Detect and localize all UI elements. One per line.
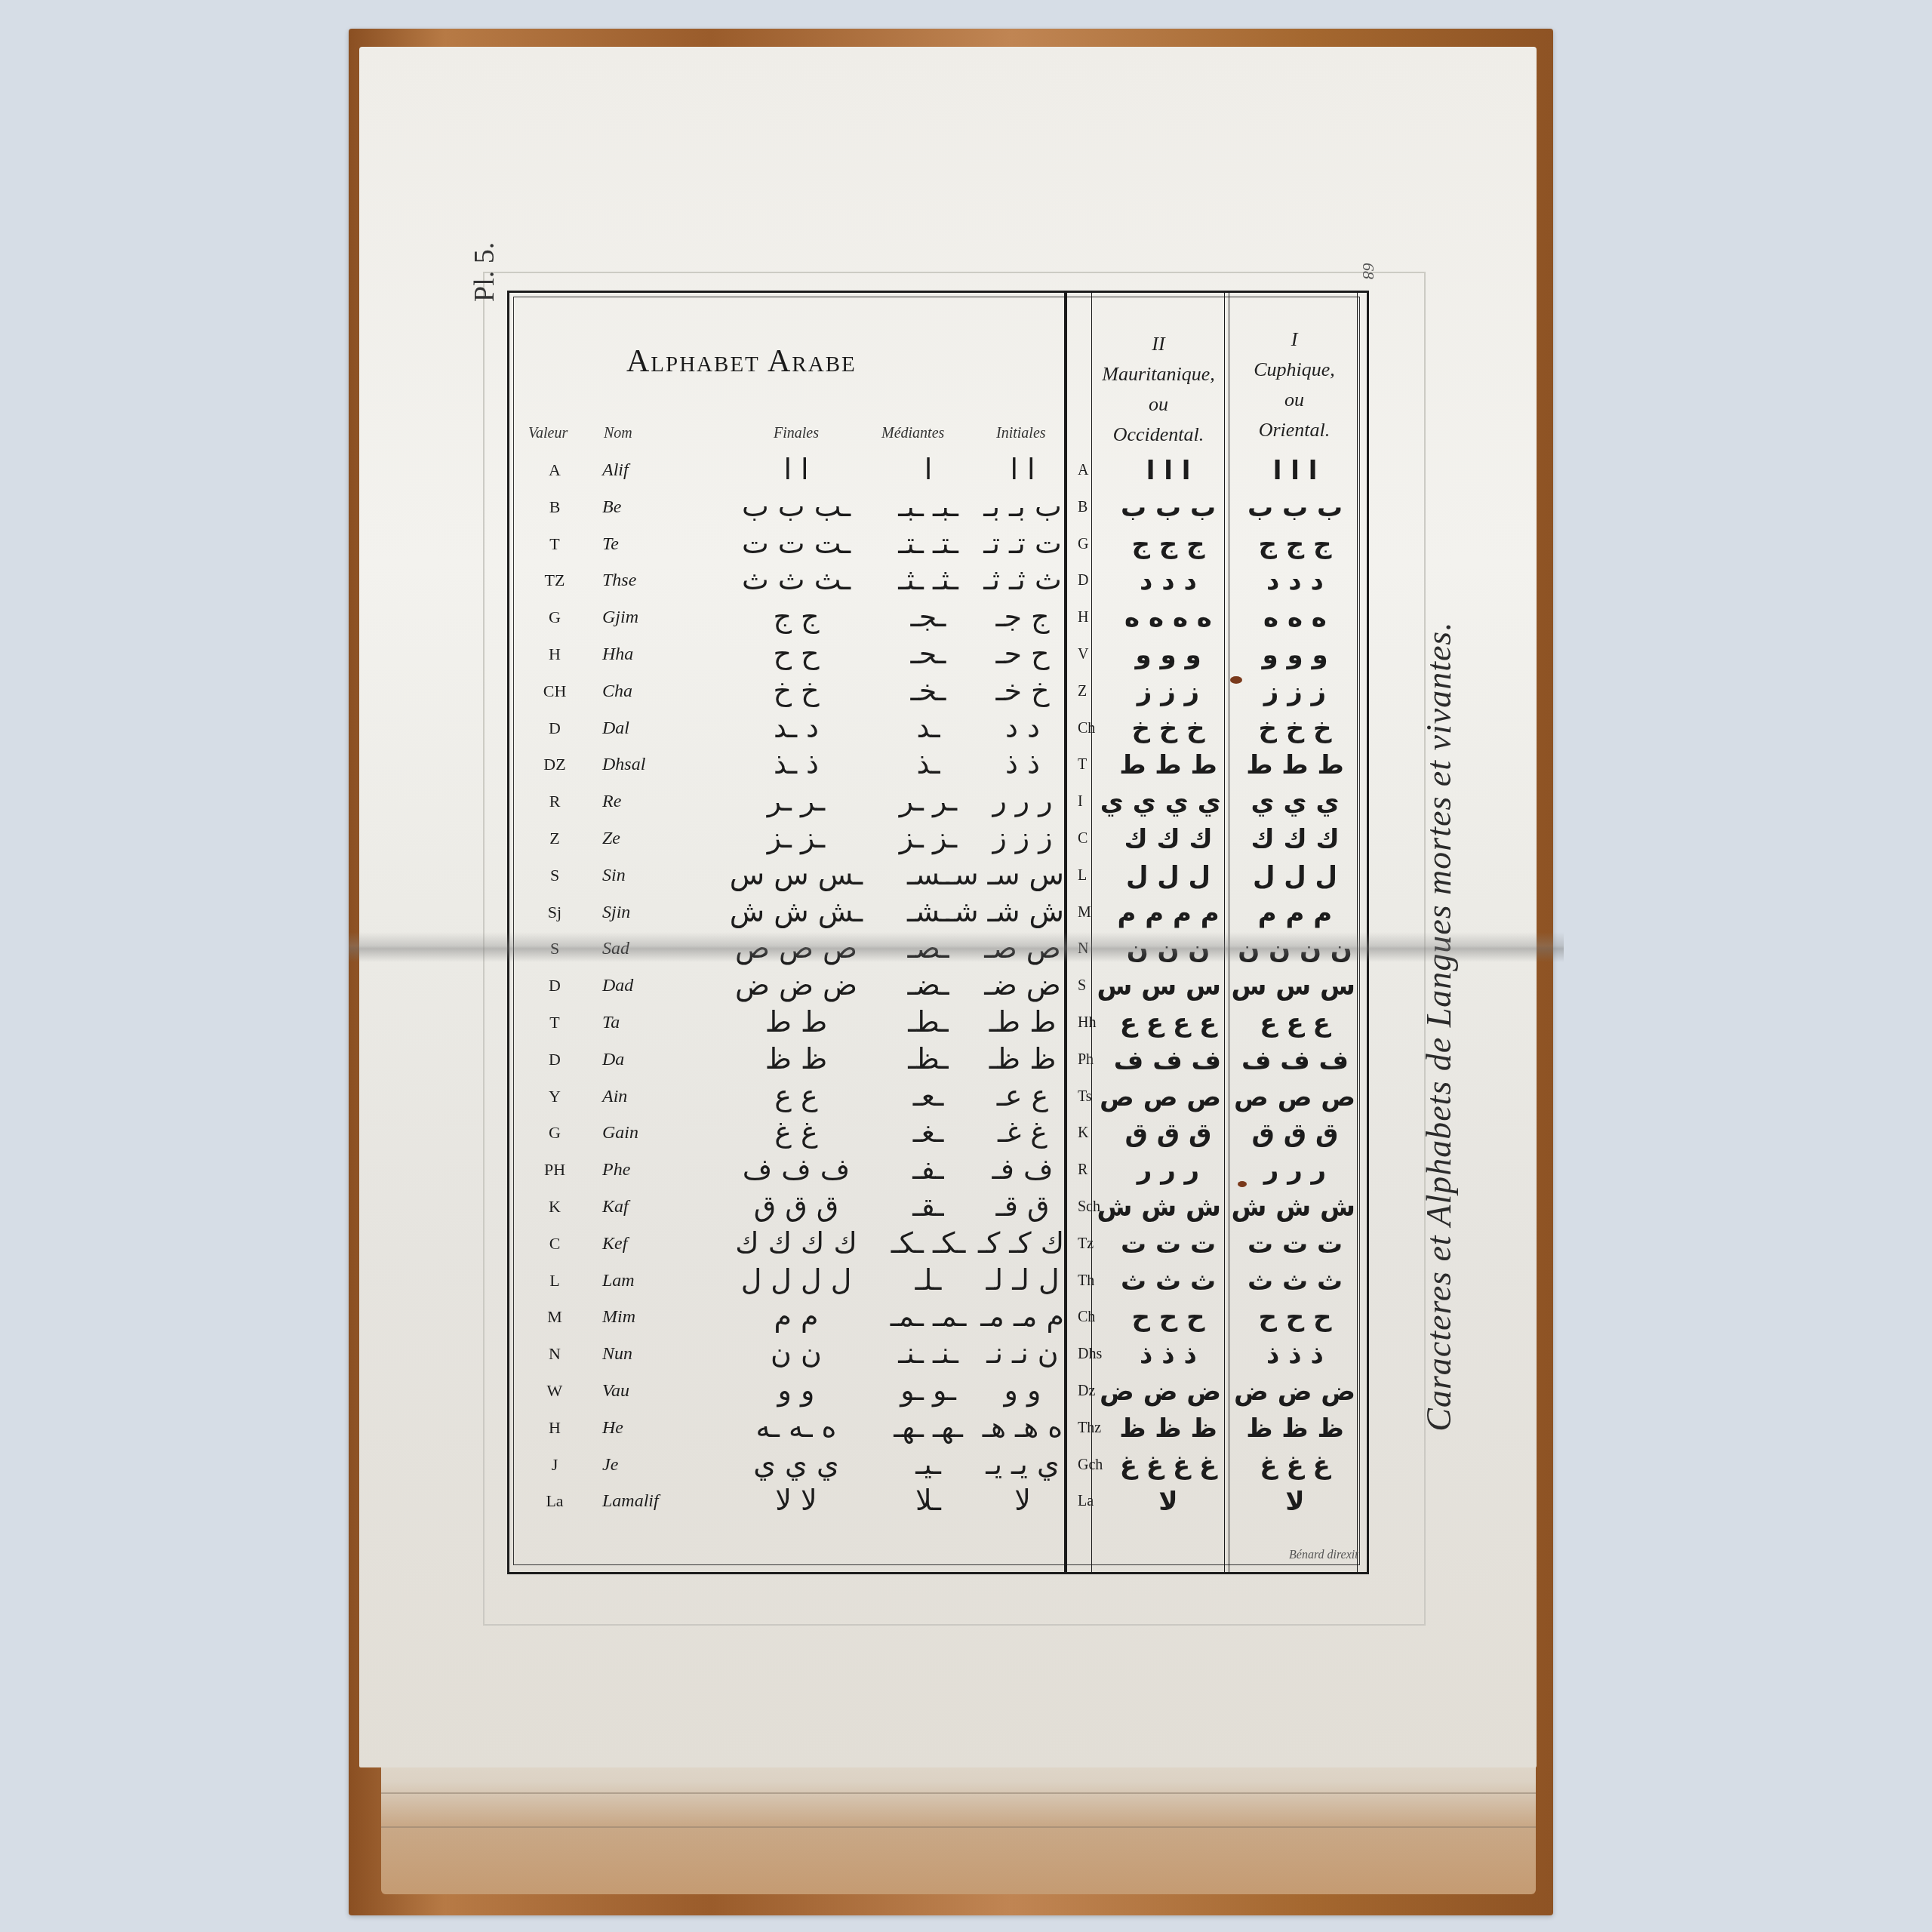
valeur-cell: S	[528, 866, 581, 885]
cuphique-cell: ذ ذ ذ	[1235, 1340, 1355, 1370]
mauritanique-cell: ي ي ي ي	[1115, 787, 1221, 817]
valeur-cell: DZ	[528, 755, 581, 774]
header-cuphique: I Cuphique, ou Oriental.	[1230, 325, 1358, 445]
valeur-cell: T	[528, 534, 581, 554]
cuphique-cell: ض ض ض	[1235, 1377, 1355, 1407]
header-cuphique-number: I	[1230, 325, 1358, 355]
finales-cell: ط ط	[724, 1005, 868, 1038]
initiales-cell: ز ز ز	[981, 821, 1064, 854]
nom-cell: Alif	[602, 460, 708, 481]
medianes-cell: ا	[868, 453, 989, 486]
initiales-cell: ظ ظـ	[981, 1042, 1064, 1075]
valeur-cell: TZ	[528, 571, 581, 590]
mauritanique-cell: ص ص ص	[1115, 1082, 1221, 1112]
kufic-valeur-cell: Ch	[1078, 1309, 1115, 1326]
medianes-cell: ـقـ	[868, 1189, 989, 1223]
header-cuphique-line3: Oriental.	[1230, 415, 1358, 445]
header-valeur: Valeur	[528, 425, 568, 442]
medianes-cell: ـيـ	[868, 1447, 989, 1481]
cuphique-cell: م م م	[1235, 898, 1355, 928]
finales-cell: ح ح	[724, 637, 868, 670]
valeur-cell: CH	[528, 681, 581, 701]
valeur-cell: G	[528, 1123, 581, 1143]
medianes-cell: ـلا	[868, 1484, 989, 1517]
cuphique-cell: ص ص ص	[1235, 1082, 1355, 1112]
nom-cell: Re	[602, 792, 708, 812]
cuphique-cell: خ خ خ	[1235, 714, 1355, 744]
medianes-cell: ـغـ	[868, 1115, 989, 1149]
mauritanique-cell: د د د	[1115, 566, 1221, 596]
nom-cell: Thse	[602, 571, 708, 591]
initiales-cell: س سـ سـ	[981, 858, 1064, 891]
cuphique-cell: ح ح ح	[1235, 1303, 1355, 1333]
valeur-cell: M	[528, 1307, 581, 1327]
nom-cell: Sjin	[602, 903, 708, 923]
nom-cell: Nun	[602, 1344, 708, 1364]
kufic-valeur-cell: Th	[1078, 1272, 1115, 1290]
cuphique-cell: ق ق ق	[1235, 1118, 1355, 1149]
nom-cell: Gain	[602, 1123, 708, 1143]
cuphique-cell: ع ع ع	[1235, 1008, 1355, 1038]
nom-cell: Dad	[602, 976, 708, 996]
initiales-cell: ذ ذ	[981, 747, 1064, 780]
initiales-cell: ع عـ	[981, 1079, 1064, 1112]
finales-cell: ـش ش ش	[724, 895, 868, 928]
kufic-valeur-cell: C	[1078, 830, 1115, 848]
finales-cell: ظ ظ	[724, 1042, 868, 1075]
finales-cell: ا ا	[724, 453, 868, 486]
valeur-cell: Z	[528, 829, 581, 848]
valeur-cell: R	[528, 792, 581, 811]
nom-cell: Vau	[602, 1381, 708, 1401]
initiales-cell: م مـ مـ	[981, 1300, 1064, 1333]
nom-cell: Lamalif	[602, 1491, 708, 1512]
kufic-valeur-cell: B	[1078, 499, 1115, 516]
initiales-cell: ف فـ	[981, 1152, 1064, 1186]
divider-arabic-kufic	[1064, 291, 1067, 1572]
medianes-cell: ـحـ	[868, 637, 989, 670]
cuphique-cell: ز ز ز	[1235, 677, 1355, 707]
finales-cell: ف ف ف	[724, 1152, 868, 1186]
cuphique-cell: ث ث ث	[1235, 1266, 1355, 1297]
kufic-valeur-cell: K	[1078, 1124, 1115, 1142]
mauritanique-cell: ش ش ش	[1115, 1192, 1221, 1223]
finales-cell: د ـد	[724, 711, 868, 744]
nom-cell: Gjim	[602, 608, 708, 628]
initiales-cell: ح حـ	[981, 637, 1064, 670]
header-medianes: Médiantes	[881, 425, 944, 442]
initiales-cell: غ غـ	[981, 1115, 1064, 1149]
nom-cell: Te	[602, 534, 708, 555]
medianes-cell: ـطـ	[868, 1005, 989, 1038]
nom-cell: Sin	[602, 866, 708, 886]
cuphique-cell: ش ش ش	[1235, 1192, 1355, 1223]
header-nom: Nom	[604, 425, 632, 442]
nom-cell: Ain	[602, 1087, 708, 1107]
divider-between-scripts-a	[1224, 291, 1225, 1572]
valeur-cell: W	[528, 1381, 581, 1401]
valeur-cell: D	[528, 1050, 581, 1069]
nom-cell: Kaf	[602, 1197, 708, 1217]
mauritanique-cell: غ غ غ غ	[1115, 1451, 1221, 1481]
divider-between-scripts-b	[1229, 291, 1229, 1572]
page-number: 68	[1358, 263, 1378, 279]
valeur-cell: D	[528, 718, 581, 738]
initiales-cell: ض ضـ	[981, 968, 1064, 1001]
cuphique-cell: ظ ظ ظ	[1235, 1414, 1355, 1444]
initiales-cell: ر ر ر	[981, 784, 1064, 817]
foxing-stain	[1238, 1181, 1247, 1187]
mauritanique-cell: خ خ خ	[1115, 714, 1221, 744]
kufic-valeur-cell: H	[1078, 609, 1115, 626]
kufic-valeur-cell: Ch	[1078, 720, 1115, 737]
medianes-cell: ـمـ ـمـ	[868, 1300, 989, 1333]
header-finales: Finales	[774, 425, 819, 442]
header-cuphique-line2: ou	[1230, 385, 1358, 415]
cuphique-cell: ا ا ا	[1235, 456, 1355, 486]
kufic-valeur-cell: T	[1078, 756, 1115, 774]
medianes-cell: ـبـ ـبـ	[868, 490, 989, 523]
kufic-valeur-cell: V	[1078, 646, 1115, 663]
initiales-cell: ن نـ نـ	[981, 1337, 1064, 1370]
medianes-cell: ـضـ	[868, 968, 989, 1001]
mauritanique-cell: ز ز ز	[1115, 677, 1221, 707]
side-caption: Caracteres et Alphabets de Langues morte…	[1419, 483, 1459, 1570]
initiales-cell: ب بـ بـ	[981, 490, 1064, 523]
medianes-cell: ـتـ ـتـ	[868, 527, 989, 560]
header-mauritanique-number: II	[1087, 329, 1230, 359]
mauritanique-cell: ا ا ا	[1115, 456, 1221, 486]
finales-cell: ق ق ق	[724, 1189, 868, 1223]
nom-cell: Hha	[602, 645, 708, 665]
valeur-cell: H	[528, 1418, 581, 1438]
medianes-cell: ـجـ	[868, 600, 989, 633]
header-mauritanique: II Mauritanique, ou Occidental.	[1087, 329, 1230, 450]
header-mauritanique-line3: Occidental.	[1087, 420, 1230, 450]
header-mauritanique-line1: Mauritanique,	[1087, 359, 1230, 389]
nom-cell: Ta	[602, 1013, 708, 1033]
cuphique-cell: ك ك ك	[1235, 824, 1355, 854]
cuphique-cell: ي ي ي	[1235, 787, 1355, 817]
medianes-cell: ـو ـو	[868, 1374, 989, 1407]
cuphique-cell: ب ب ب	[1235, 493, 1355, 523]
cuphique-cell: غ غ غ	[1235, 1451, 1355, 1481]
medianes-cell: ـثـ ـثـ	[868, 563, 989, 596]
valeur-cell: J	[528, 1455, 581, 1475]
valeur-cell: H	[528, 645, 581, 664]
initiales-cell: خ خـ	[981, 674, 1064, 707]
foxing-stain	[1230, 676, 1242, 684]
kufic-valeur-cell: La	[1078, 1493, 1115, 1510]
divider-right-inner	[1357, 291, 1358, 1572]
kufic-valeur-cell: Tz	[1078, 1235, 1115, 1253]
mauritanique-cell: س س س	[1115, 971, 1221, 1001]
finales-cell: ـز ـز	[724, 821, 868, 854]
valeur-cell: A	[528, 460, 581, 480]
nom-cell: Be	[602, 497, 708, 518]
finales-cell: لا لا	[724, 1484, 868, 1517]
finales-cell: ه ـه ـه	[724, 1411, 868, 1444]
initiales-cell: ل لـ لـ	[981, 1263, 1064, 1297]
medianes-cell: ـز ـز	[868, 821, 989, 854]
cuphique-cell: ت ت ت	[1235, 1229, 1355, 1260]
cuphique-cell: ه ه ه	[1235, 603, 1355, 633]
medianes-cell: ـذ	[868, 747, 989, 780]
medianes-cell: ـفـ	[868, 1152, 989, 1186]
finales-cell: ـس س س	[724, 858, 868, 891]
cuphique-cell: ط ط ط	[1235, 750, 1355, 780]
finales-cell: ـب ب ب	[724, 490, 868, 523]
mauritanique-cell: ق ق ق	[1115, 1118, 1221, 1149]
nom-cell: Dhsal	[602, 755, 708, 775]
cuphique-cell: لا	[1235, 1487, 1355, 1517]
finales-cell: ن ن	[724, 1337, 868, 1370]
valeur-cell: C	[528, 1234, 581, 1254]
valeur-cell: B	[528, 497, 581, 517]
mauritanique-cell: ذ ذ ذ	[1115, 1340, 1221, 1370]
kufic-valeur-cell: L	[1078, 867, 1115, 884]
nom-cell: Dal	[602, 718, 708, 739]
plate-title: Alphabet Arabe	[626, 343, 857, 380]
initiales-cell: و و	[981, 1374, 1064, 1407]
finales-cell: ذ ـذ	[724, 747, 868, 780]
medianes-cell: ـلـ	[868, 1263, 989, 1297]
mauritanique-cell: ظ ظ ظ	[1115, 1414, 1221, 1444]
finales-cell: ـت ت ت	[724, 527, 868, 560]
nom-cell: Phe	[602, 1160, 708, 1180]
valeur-cell: K	[528, 1197, 581, 1217]
valeur-cell: PH	[528, 1160, 581, 1180]
valeur-cell: L	[528, 1271, 581, 1291]
medianes-cell: ـظـ	[868, 1042, 989, 1075]
cuphique-cell: س س س	[1235, 971, 1355, 1001]
nom-cell: Lam	[602, 1271, 708, 1291]
initiales-cell: لا	[981, 1484, 1064, 1517]
medianes-cell: ـكـ ـكـ	[868, 1226, 989, 1260]
nom-cell: Ze	[602, 829, 708, 849]
mauritanique-cell: ك ك ك	[1115, 824, 1221, 854]
finales-cell: ض ض ض	[724, 968, 868, 1001]
medianes-cell: ـر ـر	[868, 784, 989, 817]
finales-cell: م م	[724, 1300, 868, 1333]
nom-cell: Kef	[602, 1234, 708, 1254]
medianes-cell: ـنـ ـنـ	[868, 1337, 989, 1370]
mauritanique-cell: ح ح ح	[1115, 1303, 1221, 1333]
initiales-cell: ش شـ شـ	[981, 895, 1064, 928]
mauritanique-cell: ج ج ج	[1115, 530, 1221, 560]
valeur-cell: La	[528, 1491, 581, 1511]
finales-cell: خ خ	[724, 674, 868, 707]
page-fold-crease	[349, 932, 1564, 962]
mauritanique-cell: ث ث ث	[1115, 1266, 1221, 1297]
kufic-valeur-cell: Gch	[1078, 1457, 1115, 1474]
nom-cell: Mim	[602, 1307, 708, 1327]
mauritanique-cell: ع ع ع ع	[1115, 1008, 1221, 1038]
header-cuphique-line1: Cuphique,	[1230, 355, 1358, 385]
mauritanique-cell: ف ف ف	[1115, 1045, 1221, 1075]
medianes-cell: ـعـ	[868, 1079, 989, 1112]
initiales-cell: ط طـ	[981, 1005, 1064, 1038]
kufic-valeur-cell: Dhs	[1078, 1346, 1115, 1363]
cuphique-cell: ر ر ر	[1235, 1155, 1355, 1186]
initiales-cell: ت تـ تـ	[981, 527, 1064, 560]
valeur-cell: Y	[528, 1087, 581, 1106]
finales-cell: ك ك ك ك	[724, 1226, 868, 1260]
mauritanique-cell: م م م م	[1115, 898, 1221, 928]
initiales-cell: ا ا	[981, 453, 1064, 486]
finales-cell: ع ع	[724, 1079, 868, 1112]
valeur-cell: G	[528, 608, 581, 627]
kufic-valeur-cell: G	[1078, 536, 1115, 553]
initiales-cell: ك كـ كـ	[981, 1226, 1064, 1260]
kufic-valeur-cell: M	[1078, 904, 1115, 921]
kufic-valeur-cell: Z	[1078, 683, 1115, 700]
finales-cell: ي ي ي	[724, 1447, 868, 1481]
mauritanique-cell: ض ض ض	[1115, 1377, 1221, 1407]
engraver-signature: Bénard direxit	[1289, 1549, 1358, 1562]
kufic-valeur-cell: Ph	[1078, 1051, 1115, 1069]
mauritanique-cell: ر ر ر	[1115, 1155, 1221, 1186]
nom-cell: He	[602, 1418, 708, 1438]
kufic-valeur-cell: R	[1078, 1161, 1115, 1179]
plate-number: Pl. 5.	[468, 242, 501, 302]
mauritanique-cell: ب ب ب	[1115, 493, 1221, 523]
cuphique-cell: ج ج ج	[1235, 530, 1355, 560]
cuphique-cell: د د د	[1235, 566, 1355, 596]
initiales-cell: ج جـ	[981, 600, 1064, 633]
finales-cell: غ غ	[724, 1115, 868, 1149]
cuphique-cell: ل ل ل	[1235, 861, 1355, 891]
header-mauritanique-line2: ou	[1087, 389, 1230, 420]
mauritanique-cell: ل ل ل	[1115, 861, 1221, 891]
initiales-cell: ث ثـ ثـ	[981, 563, 1064, 596]
divider-inner-left	[1091, 291, 1092, 1572]
medianes-cell: ـهـ ـهـ	[868, 1411, 989, 1444]
valeur-cell: D	[528, 976, 581, 995]
finales-cell: ج ج	[724, 600, 868, 633]
mauritanique-cell: ط ط ط	[1115, 750, 1221, 780]
finales-cell: ـر ـر	[724, 784, 868, 817]
finales-cell: ل ل ل ل	[724, 1263, 868, 1297]
valeur-cell: N	[528, 1344, 581, 1364]
cuphique-cell: ف ف ف	[1235, 1045, 1355, 1075]
nom-cell: Da	[602, 1050, 708, 1070]
finales-cell: و و	[724, 1374, 868, 1407]
cuphique-cell: و و و	[1235, 640, 1355, 670]
medianes-cell: ـد	[868, 711, 989, 744]
kufic-valeur-cell: A	[1078, 462, 1115, 479]
nom-cell: Je	[602, 1455, 708, 1475]
valeur-cell: Sj	[528, 903, 581, 922]
finales-cell: ـث ث ث	[724, 563, 868, 596]
kufic-valeur-cell: D	[1078, 572, 1115, 589]
kufic-valeur-cell: Thz	[1078, 1420, 1115, 1437]
initiales-cell: ي يـ يـ	[981, 1447, 1064, 1481]
medianes-cell: ـخـ	[868, 674, 989, 707]
mauritanique-cell: ت ت ت	[1115, 1229, 1221, 1260]
initiales-cell: د د	[981, 711, 1064, 744]
nom-cell: Cha	[602, 681, 708, 702]
mauritanique-cell: لا	[1115, 1487, 1221, 1517]
mauritanique-cell: و و و	[1115, 640, 1221, 670]
initiales-cell: ه هـ هـ	[981, 1411, 1064, 1444]
header-initiales: Initiales	[996, 425, 1046, 442]
mauritanique-cell: ه ه ه ه	[1115, 603, 1221, 633]
valeur-cell: T	[528, 1013, 581, 1032]
initiales-cell: ق قـ	[981, 1189, 1064, 1223]
kufic-valeur-cell: Hh	[1078, 1014, 1115, 1032]
